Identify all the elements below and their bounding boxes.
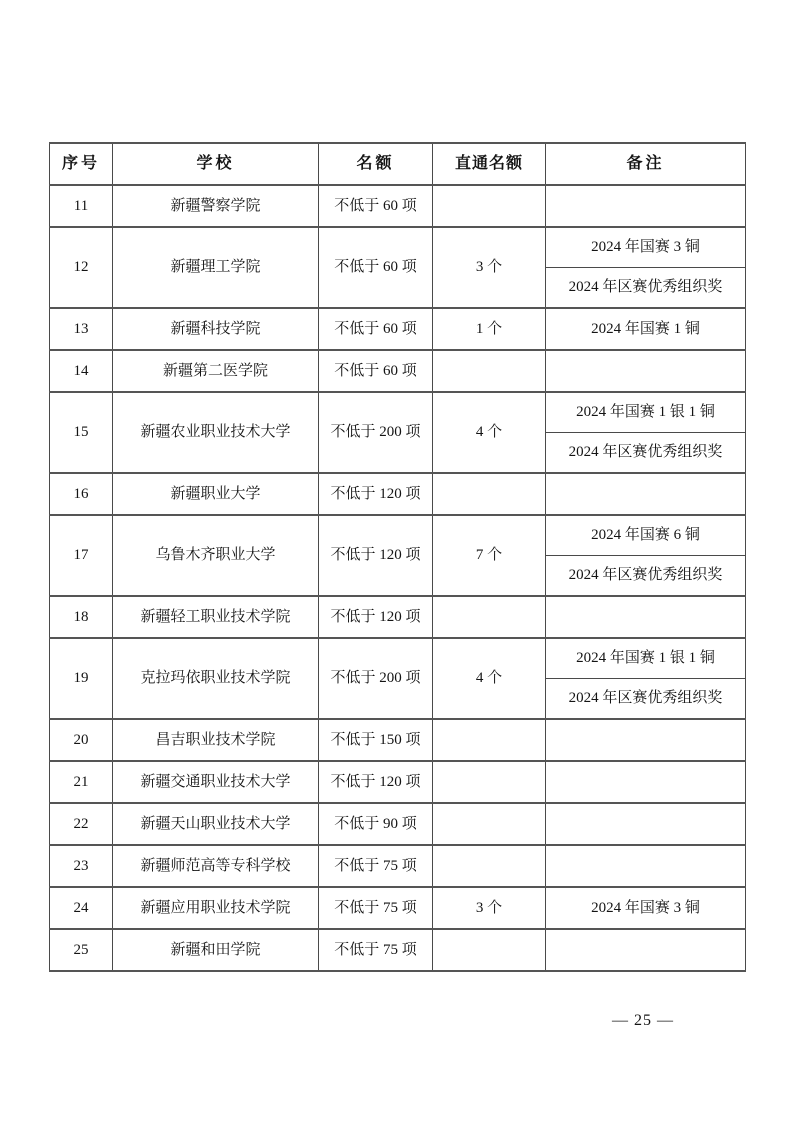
cell-direct: 4 个 <box>433 638 546 719</box>
cell-quota: 不低于 60 项 <box>319 308 433 350</box>
page-number: — 25 — <box>612 1012 674 1030</box>
cell-no: 18 <box>50 596 113 638</box>
cell-no: 12 <box>50 227 113 308</box>
cell-remark: 2024 年国赛 3 铜 <box>546 887 746 929</box>
table-header-row: 序号 学校 名额 直通名额 备注 <box>50 143 746 185</box>
cell-school: 新疆轻工职业技术学院 <box>113 596 319 638</box>
cell-no: 17 <box>50 515 113 596</box>
cell-direct <box>433 929 546 971</box>
table-body: 11新疆警察学院不低于 60 项12新疆理工学院不低于 60 项3 个2024 … <box>50 185 746 971</box>
cell-direct <box>433 803 546 845</box>
cell-remark <box>546 803 746 845</box>
table-row-23: 23新疆师范高等专科学校不低于 75 项 <box>50 845 746 887</box>
cell-remark: 2024 年国赛 1 银 1 铜 <box>546 392 746 433</box>
cell-quota: 不低于 120 项 <box>319 515 433 596</box>
cell-direct: 3 个 <box>433 887 546 929</box>
cell-school: 新疆天山职业技术大学 <box>113 803 319 845</box>
cell-remark <box>546 929 746 971</box>
cell-school: 新疆应用职业技术学院 <box>113 887 319 929</box>
cell-no: 20 <box>50 719 113 761</box>
cell-quota: 不低于 60 项 <box>319 350 433 392</box>
table-row-11: 11新疆警察学院不低于 60 项 <box>50 185 746 227</box>
cell-direct <box>433 473 546 515</box>
cell-quota: 不低于 120 项 <box>319 596 433 638</box>
column-header-school: 学校 <box>113 143 319 185</box>
table-row-16: 16新疆职业大学不低于 120 项 <box>50 473 746 515</box>
cell-remark: 2024 年区赛优秀组织奖 <box>546 556 746 597</box>
cell-quota: 不低于 60 项 <box>319 227 433 308</box>
cell-direct <box>433 761 546 803</box>
cell-remark <box>546 761 746 803</box>
cell-remark <box>546 473 746 515</box>
cell-remark <box>546 719 746 761</box>
cell-school: 新疆农业职业技术大学 <box>113 392 319 473</box>
cell-no: 23 <box>50 845 113 887</box>
cell-quota: 不低于 60 项 <box>319 185 433 227</box>
table-row-22: 22新疆天山职业技术大学不低于 90 项 <box>50 803 746 845</box>
cell-quota: 不低于 200 项 <box>319 638 433 719</box>
table-row-17: 17乌鲁木齐职业大学不低于 120 项7 个2024 年国赛 6 铜 <box>50 515 746 556</box>
cell-school: 新疆交通职业技术大学 <box>113 761 319 803</box>
cell-remark: 2024 年国赛 1 银 1 铜 <box>546 638 746 679</box>
cell-remark: 2024 年国赛 1 铜 <box>546 308 746 350</box>
cell-school: 克拉玛依职业技术学院 <box>113 638 319 719</box>
cell-school: 新疆警察学院 <box>113 185 319 227</box>
cell-school: 新疆第二医学院 <box>113 350 319 392</box>
column-header-remarks: 备注 <box>546 143 746 185</box>
table-row-14: 14新疆第二医学院不低于 60 项 <box>50 350 746 392</box>
cell-remark <box>546 350 746 392</box>
cell-quota: 不低于 75 项 <box>319 929 433 971</box>
cell-quota: 不低于 120 项 <box>319 761 433 803</box>
cell-quota: 不低于 90 项 <box>319 803 433 845</box>
cell-quota: 不低于 120 项 <box>319 473 433 515</box>
cell-direct <box>433 185 546 227</box>
cell-no: 21 <box>50 761 113 803</box>
table-row-20: 20昌吉职业技术学院不低于 150 项 <box>50 719 746 761</box>
column-header-no: 序号 <box>50 143 113 185</box>
table-row-15: 15新疆农业职业技术大学不低于 200 项4 个2024 年国赛 1 银 1 铜 <box>50 392 746 433</box>
cell-remark <box>546 845 746 887</box>
cell-school: 昌吉职业技术学院 <box>113 719 319 761</box>
cell-remark <box>546 185 746 227</box>
quota-table: 序号 学校 名额 直通名额 备注 11新疆警察学院不低于 60 项12新疆理工学… <box>49 142 746 972</box>
table-row-12: 12新疆理工学院不低于 60 项3 个2024 年国赛 3 铜 <box>50 227 746 268</box>
cell-remark: 2024 年国赛 6 铜 <box>546 515 746 556</box>
cell-school: 新疆科技学院 <box>113 308 319 350</box>
cell-remark: 2024 年区赛优秀组织奖 <box>546 679 746 720</box>
cell-direct <box>433 350 546 392</box>
cell-direct <box>433 845 546 887</box>
cell-remark: 2024 年区赛优秀组织奖 <box>546 433 746 474</box>
table-row-19: 19克拉玛依职业技术学院不低于 200 项4 个2024 年国赛 1 银 1 铜 <box>50 638 746 679</box>
cell-no: 15 <box>50 392 113 473</box>
cell-school: 新疆理工学院 <box>113 227 319 308</box>
document-page: 序号 学校 名额 直通名额 备注 11新疆警察学院不低于 60 项12新疆理工学… <box>0 0 793 1122</box>
cell-remark: 2024 年区赛优秀组织奖 <box>546 268 746 309</box>
cell-school: 乌鲁木齐职业大学 <box>113 515 319 596</box>
column-header-quota: 名额 <box>319 143 433 185</box>
cell-quota: 不低于 75 项 <box>319 887 433 929</box>
cell-no: 13 <box>50 308 113 350</box>
column-header-direct: 直通名额 <box>433 143 546 185</box>
cell-no: 22 <box>50 803 113 845</box>
cell-no: 16 <box>50 473 113 515</box>
table-row-25: 25新疆和田学院不低于 75 项 <box>50 929 746 971</box>
cell-school: 新疆师范高等专科学校 <box>113 845 319 887</box>
table-row-13: 13新疆科技学院不低于 60 项1 个2024 年国赛 1 铜 <box>50 308 746 350</box>
cell-no: 14 <box>50 350 113 392</box>
cell-direct: 7 个 <box>433 515 546 596</box>
table-header: 序号 学校 名额 直通名额 备注 <box>50 143 746 185</box>
table-row-18: 18新疆轻工职业技术学院不低于 120 项 <box>50 596 746 638</box>
cell-quota: 不低于 200 项 <box>319 392 433 473</box>
cell-direct: 1 个 <box>433 308 546 350</box>
cell-school: 新疆职业大学 <box>113 473 319 515</box>
table-row-21: 21新疆交通职业技术大学不低于 120 项 <box>50 761 746 803</box>
cell-quota: 不低于 75 项 <box>319 845 433 887</box>
cell-no: 25 <box>50 929 113 971</box>
cell-direct <box>433 596 546 638</box>
cell-direct: 3 个 <box>433 227 546 308</box>
cell-no: 11 <box>50 185 113 227</box>
cell-direct <box>433 719 546 761</box>
cell-quota: 不低于 150 项 <box>319 719 433 761</box>
cell-remark: 2024 年国赛 3 铜 <box>546 227 746 268</box>
cell-direct: 4 个 <box>433 392 546 473</box>
table-row-24: 24新疆应用职业技术学院不低于 75 项3 个2024 年国赛 3 铜 <box>50 887 746 929</box>
cell-no: 19 <box>50 638 113 719</box>
cell-no: 24 <box>50 887 113 929</box>
cell-school: 新疆和田学院 <box>113 929 319 971</box>
cell-remark <box>546 596 746 638</box>
